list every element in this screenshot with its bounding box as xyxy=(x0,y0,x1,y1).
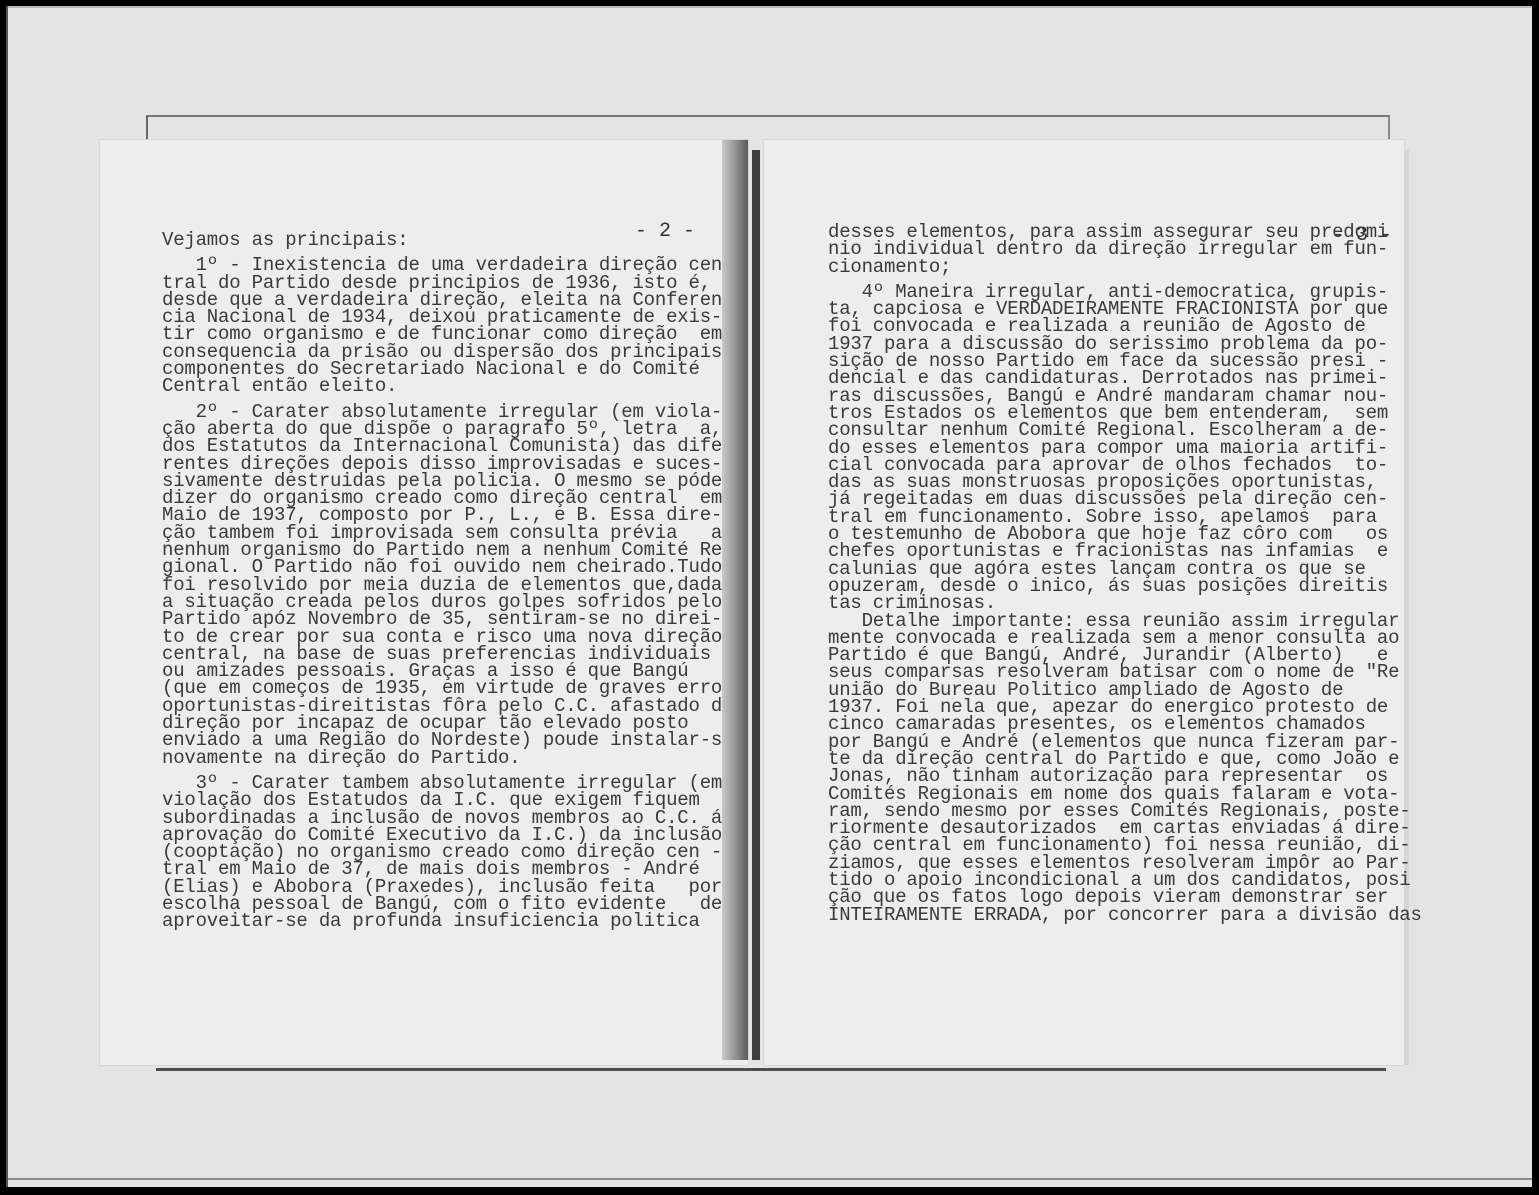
bottom-sheet-edge xyxy=(156,1068,1386,1071)
right-page: - 3 - desses elementos, para assim asseg… xyxy=(764,140,1404,1065)
text-line: aproveitar-se da profunda insuficiencia … xyxy=(162,913,733,930)
text-line: cionamento; xyxy=(828,259,1422,276)
book-spine-shadow xyxy=(722,140,748,1060)
page-body-text: Vejamos as principais: 1º - Inexistencia… xyxy=(162,232,733,931)
text-line: Central então eleito. xyxy=(162,378,733,395)
text-line: INTEIRAMENTE ERRADA, por concorrer para … xyxy=(828,907,1422,924)
frame-rule-top xyxy=(8,6,1532,8)
text-line: Vejamos as principais: xyxy=(162,232,733,249)
text-line: novamente na direção do Partido. xyxy=(162,750,733,767)
book-spine xyxy=(752,150,760,1060)
page-body-text: desses elementos, para assim assegurar s… xyxy=(828,224,1422,924)
frame-rule-bottom xyxy=(8,1178,1532,1180)
left-page: - 2 - Vejamos as principais: 1º - Inexis… xyxy=(100,140,748,1065)
